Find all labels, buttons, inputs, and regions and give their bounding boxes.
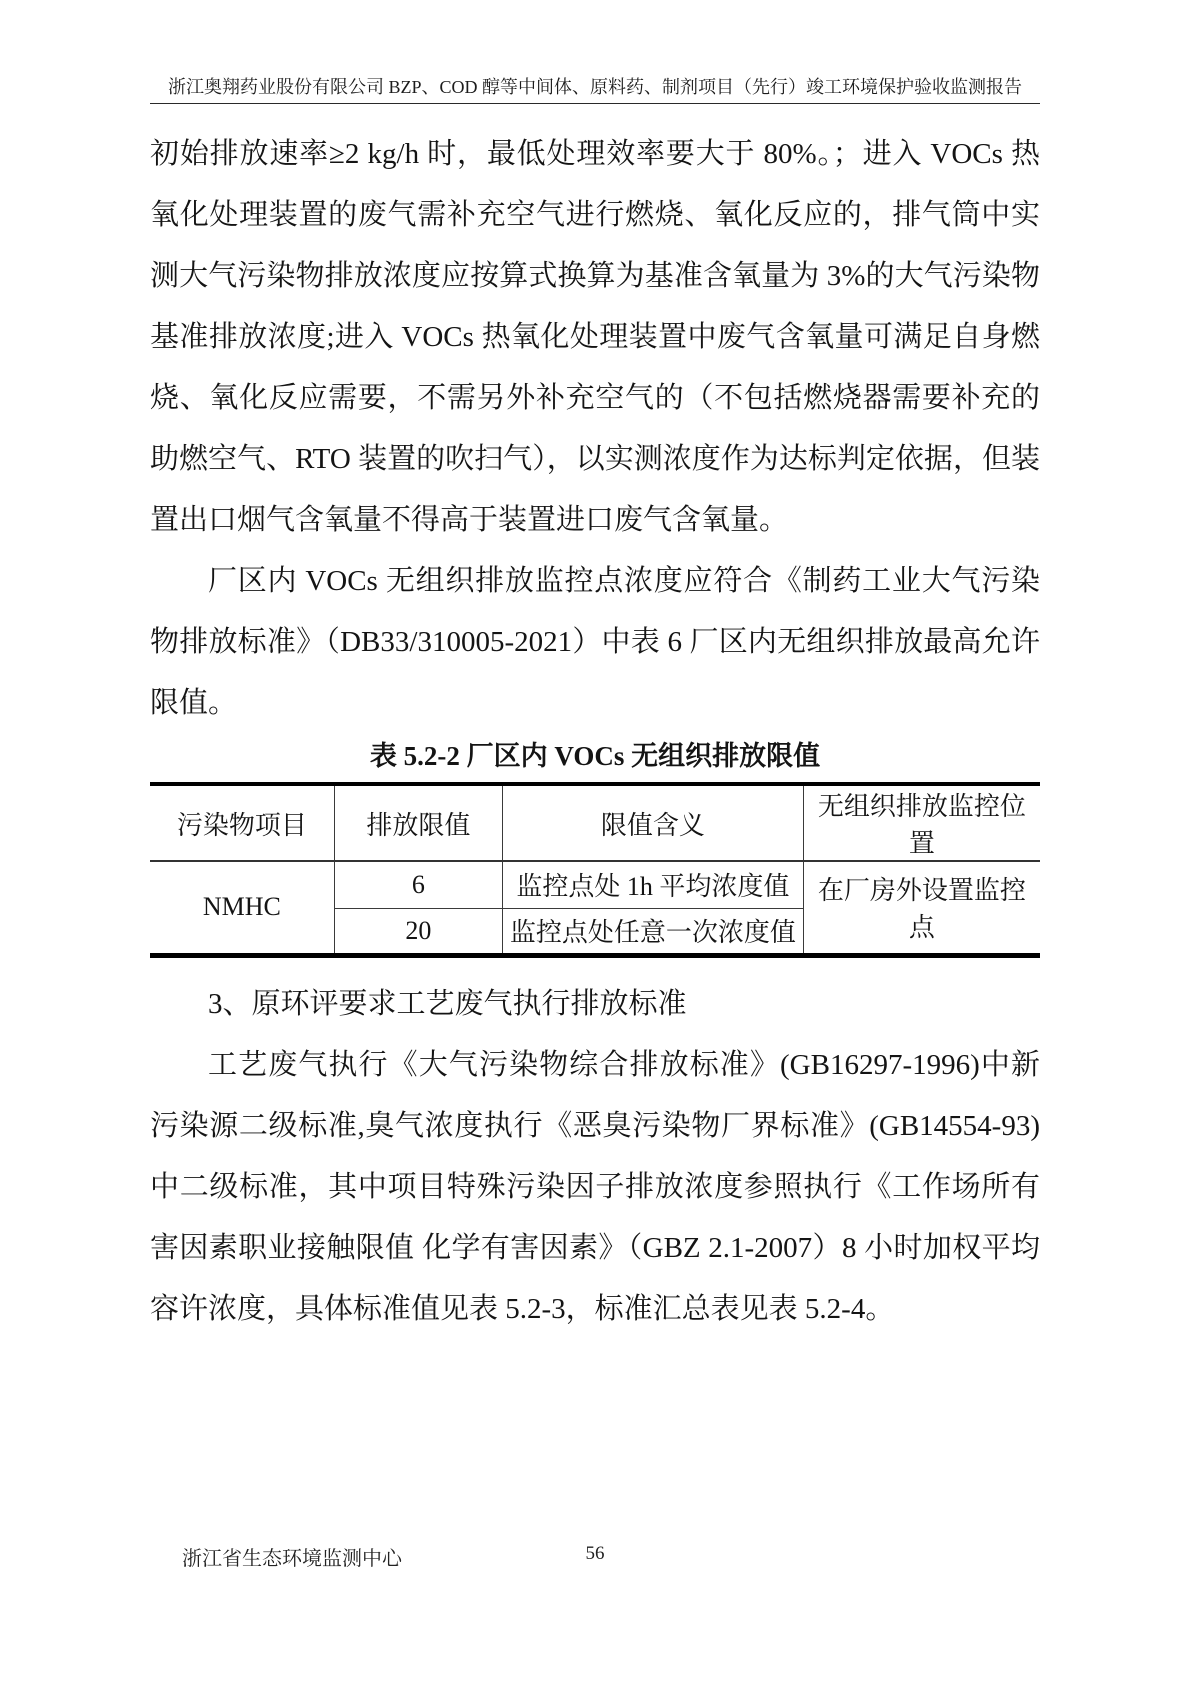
table-row: NMHC 6 监控点处 1h 平均浓度值 在厂房外设置监控点 xyxy=(150,861,1040,908)
header-meaning: 限值含义 xyxy=(502,784,803,861)
document-header: 浙江奥翔药业股份有限公司 BZP、COD 醇等中间体、原料药、制剂项目（先行）竣… xyxy=(150,76,1040,99)
table-caption: 表 5.2-2 厂区内 VOCs 无组织排放限值 xyxy=(150,736,1040,776)
meaning-cell-2: 监控点处任意一次浓度值 xyxy=(502,908,803,955)
pollutant-cell: NMHC xyxy=(150,861,334,955)
header-location: 无组织排放监控位置 xyxy=(803,784,1040,861)
limit-cell-1: 6 xyxy=(334,861,502,908)
document-page: 浙江奥翔药业股份有限公司 BZP、COD 醇等中间体、原料药、制剂项目（先行）竣… xyxy=(0,0,1190,1683)
paragraph-standards: 工艺废气执行《大气污染物综合排放标准》(GB16297-1996)中新污染源二级… xyxy=(150,1035,1040,1340)
footer-organization: 浙江省生态环境监测中心 xyxy=(182,1542,402,1571)
page-footer: 浙江省生态环境监测中心 56 xyxy=(150,1542,1040,1572)
location-cell: 在厂房外设置监控点 xyxy=(803,861,1040,955)
meaning-cell-1: 监控点处 1h 平均浓度值 xyxy=(502,861,803,908)
footer-page-number: 56 xyxy=(586,1543,605,1565)
document-header-title: 浙江奥翔药业股份有限公司 BZP、COD 醇等中间体、原料药、制剂项目（先行）竣… xyxy=(150,76,1040,99)
header-divider xyxy=(150,103,1040,104)
table-header-row: 污染物项目 排放限值 限值含义 无组织排放监控位置 xyxy=(150,784,1040,861)
table-body: NMHC 6 监控点处 1h 平均浓度值 在厂房外设置监控点 20 监控点处任意… xyxy=(150,861,1040,955)
document-body: 初始排放速率≥2 kg/h 时，最低处理效率要大于 80%。；进入 VOCs 热… xyxy=(150,124,1040,1340)
header-limit: 排放限值 xyxy=(334,784,502,861)
table-head: 污染物项目 排放限值 限值含义 无组织排放监控位置 xyxy=(150,784,1040,861)
paragraph-continuation: 初始排放速率≥2 kg/h 时，最低处理效率要大于 80%。；进入 VOCs 热… xyxy=(150,124,1040,551)
paragraph-vocs-fugitive: 厂区内 VOCs 无组织排放监控点浓度应符合《制药工业大气污染物排放标准》（DB… xyxy=(150,551,1040,734)
limit-cell-2: 20 xyxy=(334,908,502,955)
section-heading: 3、原环评要求工艺废气执行排放标准 xyxy=(150,974,1040,1035)
header-pollutant: 污染物项目 xyxy=(150,784,334,861)
vocs-emission-limits-table: 污染物项目 排放限值 限值含义 无组织排放监控位置 NMHC 6 监控点处 1h… xyxy=(150,782,1040,958)
